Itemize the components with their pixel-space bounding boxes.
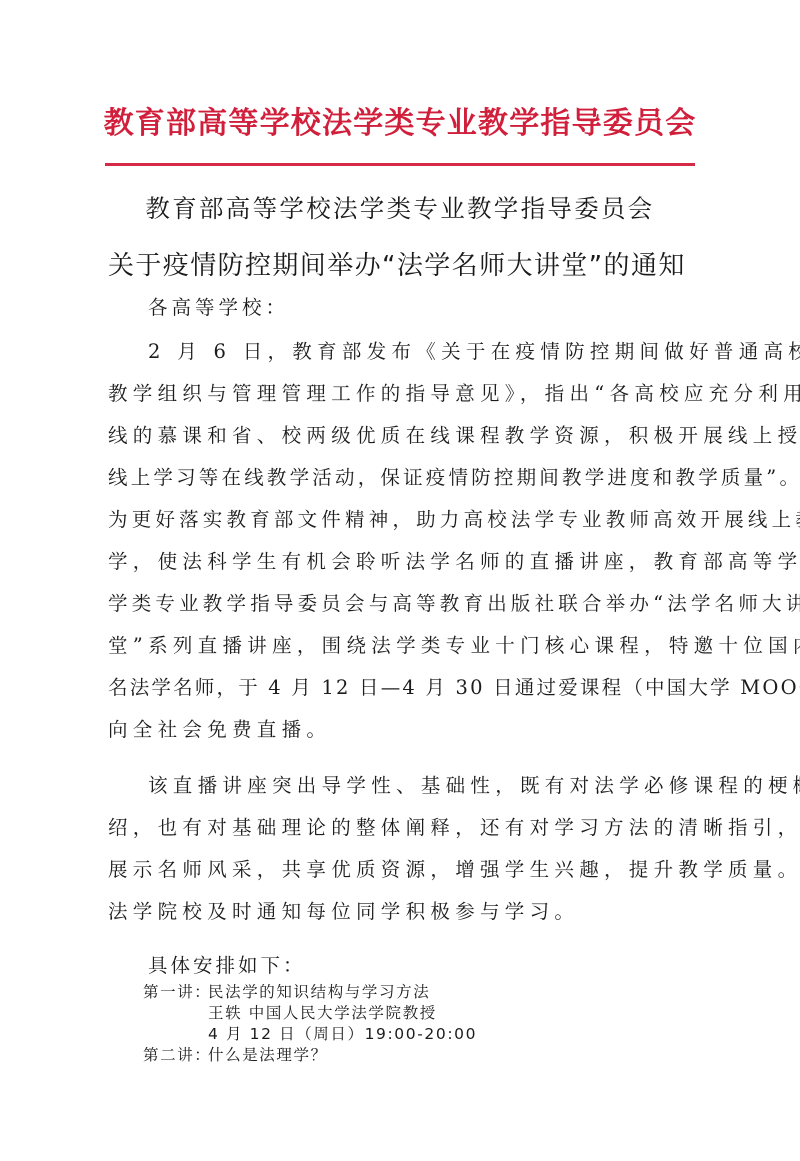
paragraph-line: 2 月 6 日，教育部发布《关于在疫情防控期间做好普通高校在线 xyxy=(108,331,692,373)
paragraph-2: 该直播讲座突出导学性、基础性，既有对法学必修课程的梗概介 绍，也有对基础理论的整… xyxy=(108,765,692,933)
arrangement-label: 具体安排如下： xyxy=(148,951,306,981)
paragraph-1: 2 月 6 日，教育部发布《关于在疫情防控期间做好普通高校在线 教学组织与管理管… xyxy=(108,331,692,751)
lecture-label-spacer xyxy=(143,1024,208,1045)
paragraph-line: 堂”系列直播讲座，围绕法学类专业十门核心课程，特邀十位国内知 xyxy=(108,625,692,667)
salutation: 各高等学校： xyxy=(148,293,289,323)
paragraph-line: 该直播讲座突出导学性、基础性，既有对法学必修课程的梗概介 xyxy=(108,765,692,807)
lecture-speaker: 王轶 中国人民大学法学院教授 xyxy=(208,1003,437,1024)
paragraph-line: 名法学名师，于 4 月 12 日—4 月 30 日通过爱课程（中国大学 MOOC… xyxy=(108,667,692,709)
lecture-2-topic-row: 第二讲： 什么是法理学？ xyxy=(143,1045,477,1066)
paragraph-line: 线上学习等在线教学活动，保证疫情防控期间教学进度和教学质量”。 xyxy=(108,457,692,499)
lecture-label: 第二讲： xyxy=(143,1045,208,1066)
issuer-heading: 教育部高等学校法学类专业教学指导委员会 xyxy=(100,193,700,225)
notice-title: 关于疫情防控期间举办“法学名师大讲堂”的通知 xyxy=(108,249,708,283)
paragraph-line: 为更好落实教育部文件精神，助力高校法学专业教师高效开展线上教 xyxy=(108,499,692,541)
lecture-1-time-row: 4 月 12 日（周日）19:00-20:00 xyxy=(143,1024,477,1045)
lecture-label: 第一讲： xyxy=(143,982,208,1003)
paragraph-line: 学类专业教学指导委员会与高等教育出版社联合举办“法学名师大讲 xyxy=(108,583,692,625)
paragraph-line: 线的慕课和省、校两级优质在线课程教学资源，积极开展线上授课和 xyxy=(108,415,692,457)
paragraph-line: 教学组织与管理管理工作的指导意见》，指出“各高校应充分利用上 xyxy=(108,373,692,415)
letterhead-divider xyxy=(105,163,695,166)
lecture-topic: 什么是法理学？ xyxy=(208,1045,328,1066)
paragraph-line: 法学院校及时通知每位同学积极参与学习。 xyxy=(108,891,692,933)
paragraph-line: 展示名师风采，共享优质资源，增强学生兴趣，提升教学质量。请各 xyxy=(108,849,692,891)
paragraph-line: 绍，也有对基础理论的整体阐释，还有对学习方法的清晰指引，旨在 xyxy=(108,807,692,849)
paragraph-line: 向全社会免费直播。 xyxy=(108,709,692,751)
letterhead-org-name: 教育部高等学校法学类专业教学指导委员会 xyxy=(100,104,700,144)
lecture-1-speaker-row: 王轶 中国人民大学法学院教授 xyxy=(143,1003,477,1024)
lecture-topic: 民法学的知识结构与学习方法 xyxy=(208,982,430,1003)
lecture-schedule: 第一讲： 民法学的知识结构与学习方法 王轶 中国人民大学法学院教授 4 月 12… xyxy=(143,982,477,1066)
lecture-1-topic-row: 第一讲： 民法学的知识结构与学习方法 xyxy=(143,982,477,1003)
lecture-time: 4 月 12 日（周日）19:00-20:00 xyxy=(208,1024,477,1045)
paragraph-line: 学，使法科学生有机会聆听法学名师的直播讲座，教育部高等学校法 xyxy=(108,541,692,583)
document-page: 教育部高等学校法学类专业教学指导委员会 教育部高等学校法学类专业教学指导委员会 … xyxy=(0,0,800,1161)
lecture-label-spacer xyxy=(143,1003,208,1024)
